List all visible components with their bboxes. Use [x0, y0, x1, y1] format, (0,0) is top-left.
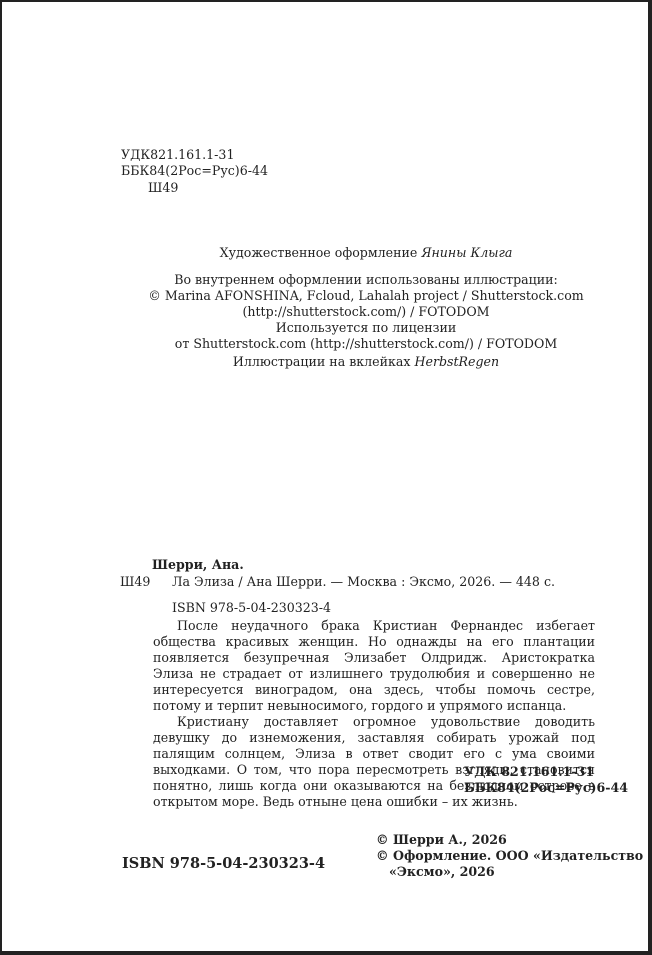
udk-code-top: УДК821.161.1-31	[121, 147, 234, 163]
annotation-paragraph: После неудачного брака Кристиан Фернанде…	[153, 618, 595, 714]
copyright-design: © Оформление. ООО «Издательство	[376, 848, 643, 864]
design-credit-label: Художественное оформление	[220, 245, 422, 260]
illustrations-line: Используется по лицензии	[2, 320, 652, 336]
author-mark-top: Ш49	[148, 180, 178, 196]
footer-isbn: ISBN 978-5-04-230323-4	[122, 855, 325, 873]
inserts-credit-label: Иллюстрации на вклейках	[233, 354, 415, 369]
illustrations-line: Во внутреннем оформлении использованы ил…	[2, 272, 652, 288]
inserts-artist-name: HerbstRegen	[415, 354, 500, 369]
copyright-block: © Шерри А., 2026 © Оформление. ООО «Изда…	[376, 832, 643, 880]
copyright-design-cont: «Эксмо», 2026	[376, 864, 643, 880]
bbk-code-top: ББК84(2Рос=Рус)6-44	[121, 163, 268, 179]
catalog-author-heading: Шерри, Ана.	[152, 557, 244, 573]
illustrations-line: от Shutterstock.com (http://shutterstock…	[2, 336, 652, 352]
inserts-credit: Иллюстрации на вклейках HerbstRegen	[2, 354, 652, 370]
catalog-author-mark: Ш49	[120, 574, 150, 590]
illustrations-credit: Во внутреннем оформлении использованы ил…	[2, 272, 652, 352]
copyright-author: © Шерри А., 2026	[376, 832, 643, 848]
catalog-bbk-code: ББК84(2Рос=Рус)6-44	[464, 780, 628, 796]
designer-name: Янины Клыга	[421, 245, 512, 260]
catalog-udk-code: УДК 821.161.1-31	[464, 764, 594, 780]
design-credit: Художественное оформление Янины Клыга	[2, 245, 652, 261]
catalog-isbn: ISBN 978-5-04-230323-4	[172, 600, 331, 616]
catalog-bibliographic-line: Ла Элиза / Ана Шерри. — Москва : Эксмо, …	[172, 574, 555, 590]
book-imprint-page: УДК821.161.1-31 ББК84(2Рос=Рус)6-44 Ш49 …	[2, 2, 648, 951]
illustrations-line: (http://shutterstock.com/) / FOTODOM	[2, 304, 652, 320]
illustrations-line: © Marina AFONSHINA, Fcloud, Lahalah proj…	[2, 288, 652, 304]
